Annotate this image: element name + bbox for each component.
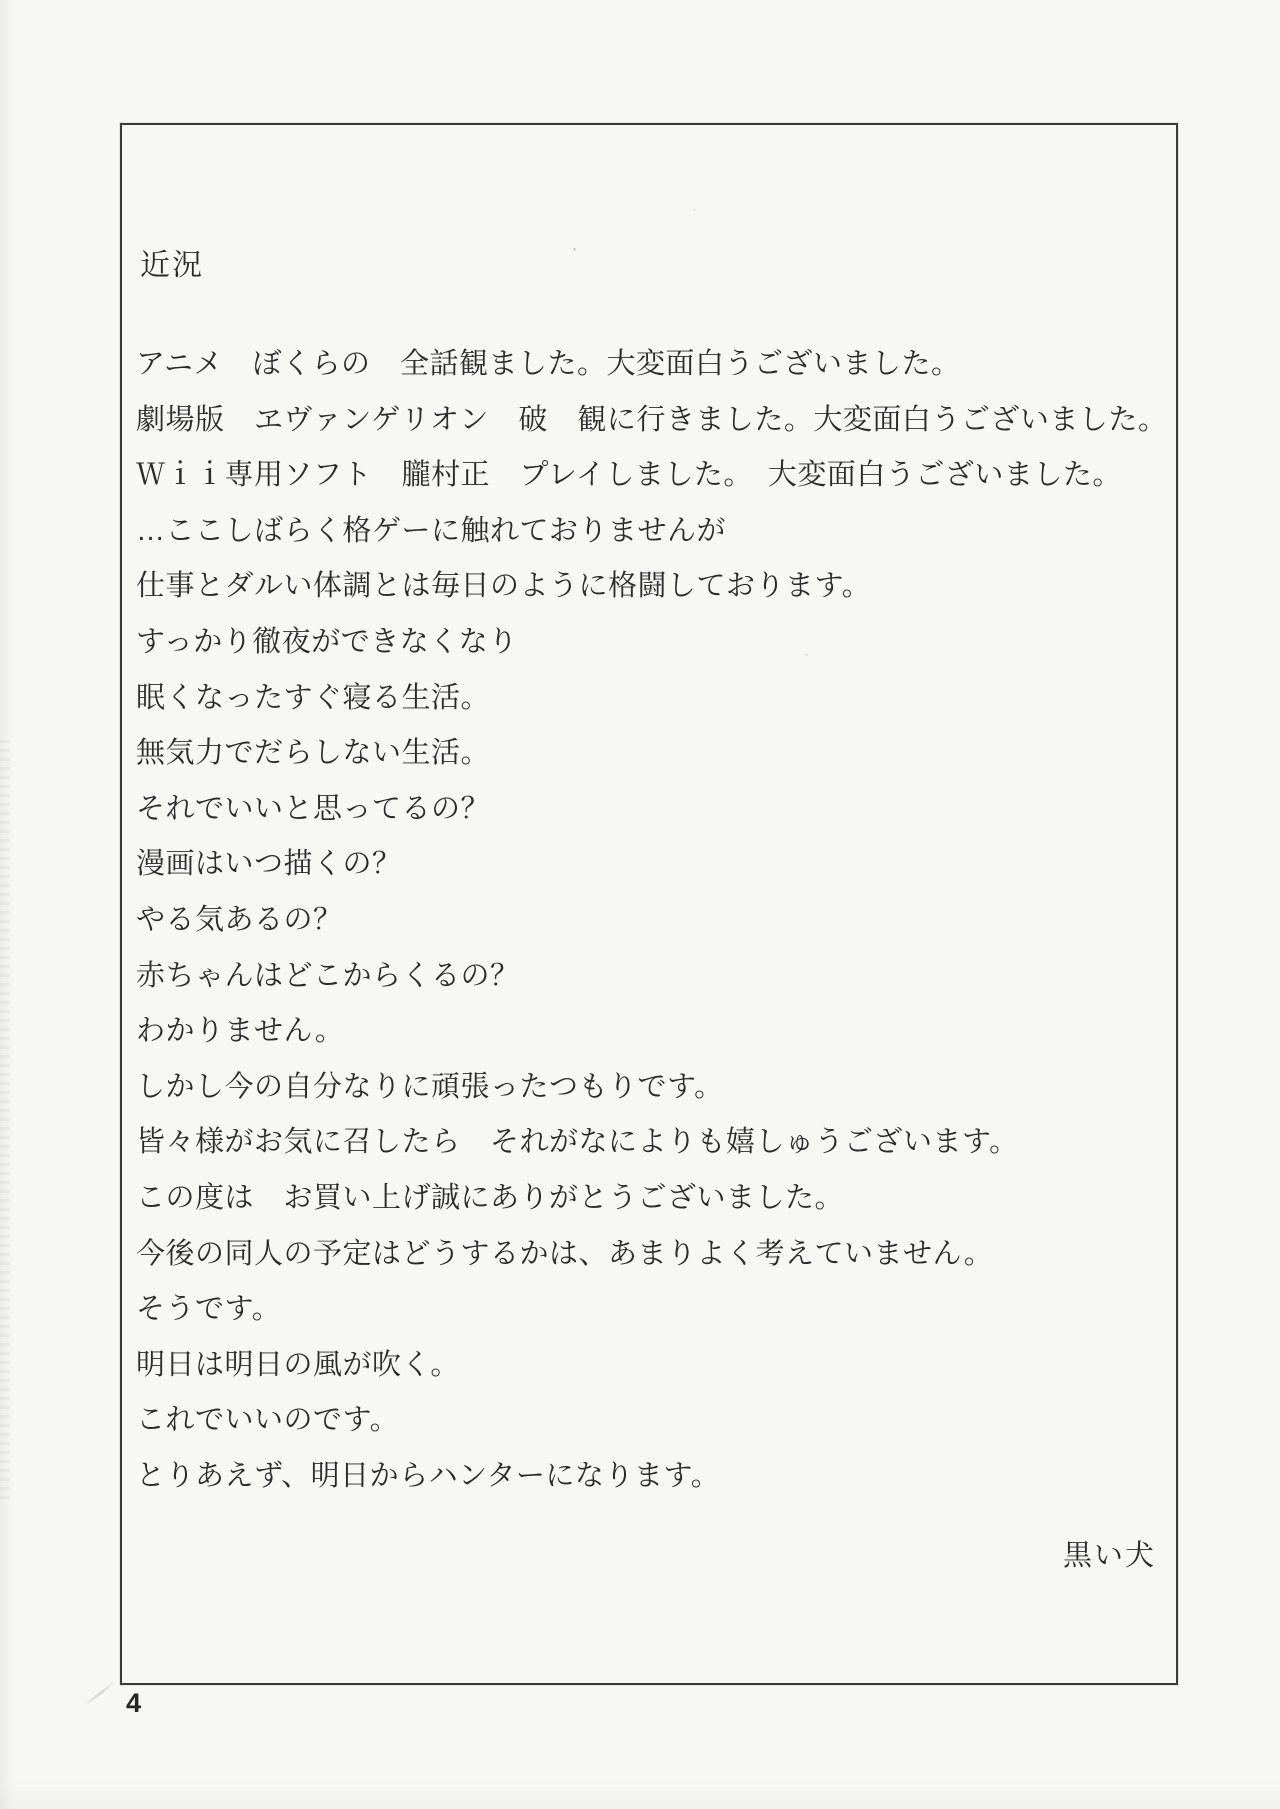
text-line: 赤ちゃんはどこからくるの？ — [136, 949, 1170, 1005]
page-number: 4 — [126, 1688, 141, 1719]
text-line: 皆々様がお気に召したら それがなによりも嬉しゅうございます。 — [136, 1115, 1170, 1171]
text-line: 仕事とダルい体調とは毎日のように格闘しております。 — [136, 559, 1170, 615]
page-title: 近況 — [140, 240, 204, 284]
text-line: それでいいと思ってるの？ — [136, 782, 1170, 838]
text-line: しかし今の自分なりに頑張ったつもりです。 — [136, 1060, 1170, 1116]
text-line: すっかり徹夜ができなくなり — [136, 615, 1170, 671]
text-line: アニメ ぼくらの 全話観ました。大変面白うございました。 — [136, 337, 1170, 393]
text-line: 眠くなったすぐ寝る生活。 — [136, 671, 1170, 727]
text-line: …ここしばらく格ゲーに触れておりませんが — [136, 504, 1170, 560]
text-line: 無気力でだらしない生活。 — [136, 726, 1170, 782]
text-line: この度は お買い上げ誠にありがとうございました。 — [136, 1171, 1170, 1227]
text-line: わかりません。 — [136, 1004, 1170, 1060]
author-signature: 黒い犬 — [1063, 1533, 1156, 1574]
text-line: Ｗｉｉ専用ソフト 朧村正 プレイしました。 大変面白うございました。 — [136, 448, 1170, 504]
text-line: これでいいのです。 — [136, 1393, 1170, 1449]
text-line: そうです。 — [136, 1282, 1170, 1338]
afterword-text: アニメ ぼくらの 全話観ました。大変面白うございました。劇場版 ヱヴァンゲリオン… — [136, 337, 1170, 1504]
scanned-page: 近況 アニメ ぼくらの 全話観ました。大変面白うございました。劇場版 ヱヴァンゲ… — [0, 0, 1280, 1809]
scan-smudge — [83, 1680, 116, 1707]
text-line: やる気あるの？ — [136, 893, 1170, 949]
scan-edge-texture — [0, 740, 10, 1500]
text-line: 劇場版 ヱヴァンゲリオン 破 観に行きました。大変面白うございました。 — [136, 393, 1170, 449]
text-line: 今後の同人の予定はどうするかは、あまりよく考えていません。 — [136, 1227, 1170, 1283]
text-line: 漫画はいつ描くの？ — [136, 837, 1170, 893]
page-border-frame: 近況 アニメ ぼくらの 全話観ました。大変面白うございました。劇場版 ヱヴァンゲ… — [120, 123, 1178, 1685]
text-line: とりあえず、明日からハンターになります。 — [136, 1449, 1170, 1505]
text-line: 明日は明日の風が吹く。 — [136, 1338, 1170, 1394]
